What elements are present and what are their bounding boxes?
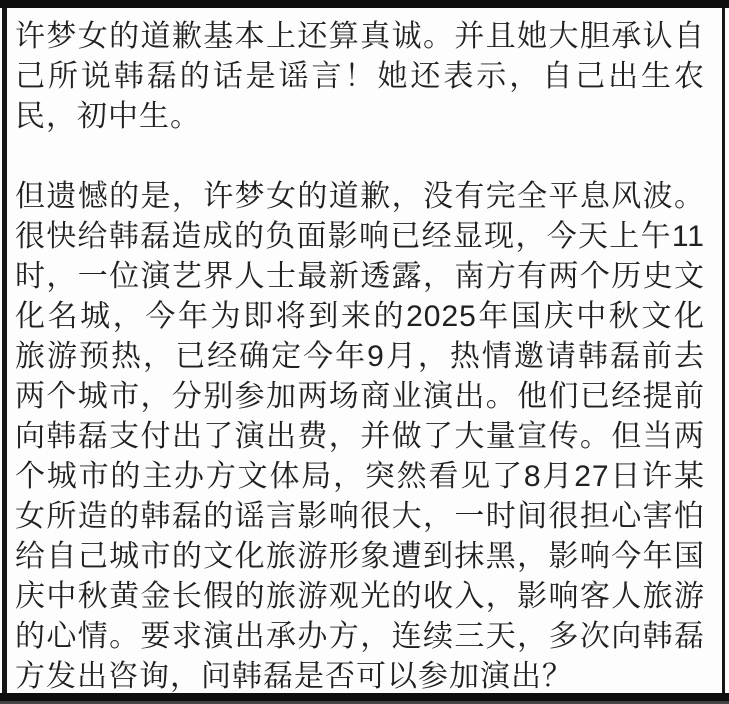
- frame-left-edge: [2, 8, 7, 694]
- article-text-block: 许梦女的道歉基本上还算真诚。并且她大胆承认自己所说韩磊的话是谣言！她还表示，自己…: [15, 8, 705, 697]
- frame-right-edge: [722, 8, 725, 694]
- paragraph-apology: 许梦女的道歉基本上还算真诚。并且她大胆承认自己所说韩磊的话是谣言！她还表示，自己…: [15, 17, 705, 137]
- paragraph-aftermath: 但遗憾的是，许梦女的道歉，没有完全平息风波。很快给韩磊造成的负面影响已经显现，今…: [15, 177, 705, 697]
- article-text-screenshot: 许梦女的道歉基本上还算真诚。并且她大胆承认自己所说韩磊的话是谣言！她还表示，自己…: [0, 0, 729, 704]
- frame-top-edge: [0, 0, 729, 8]
